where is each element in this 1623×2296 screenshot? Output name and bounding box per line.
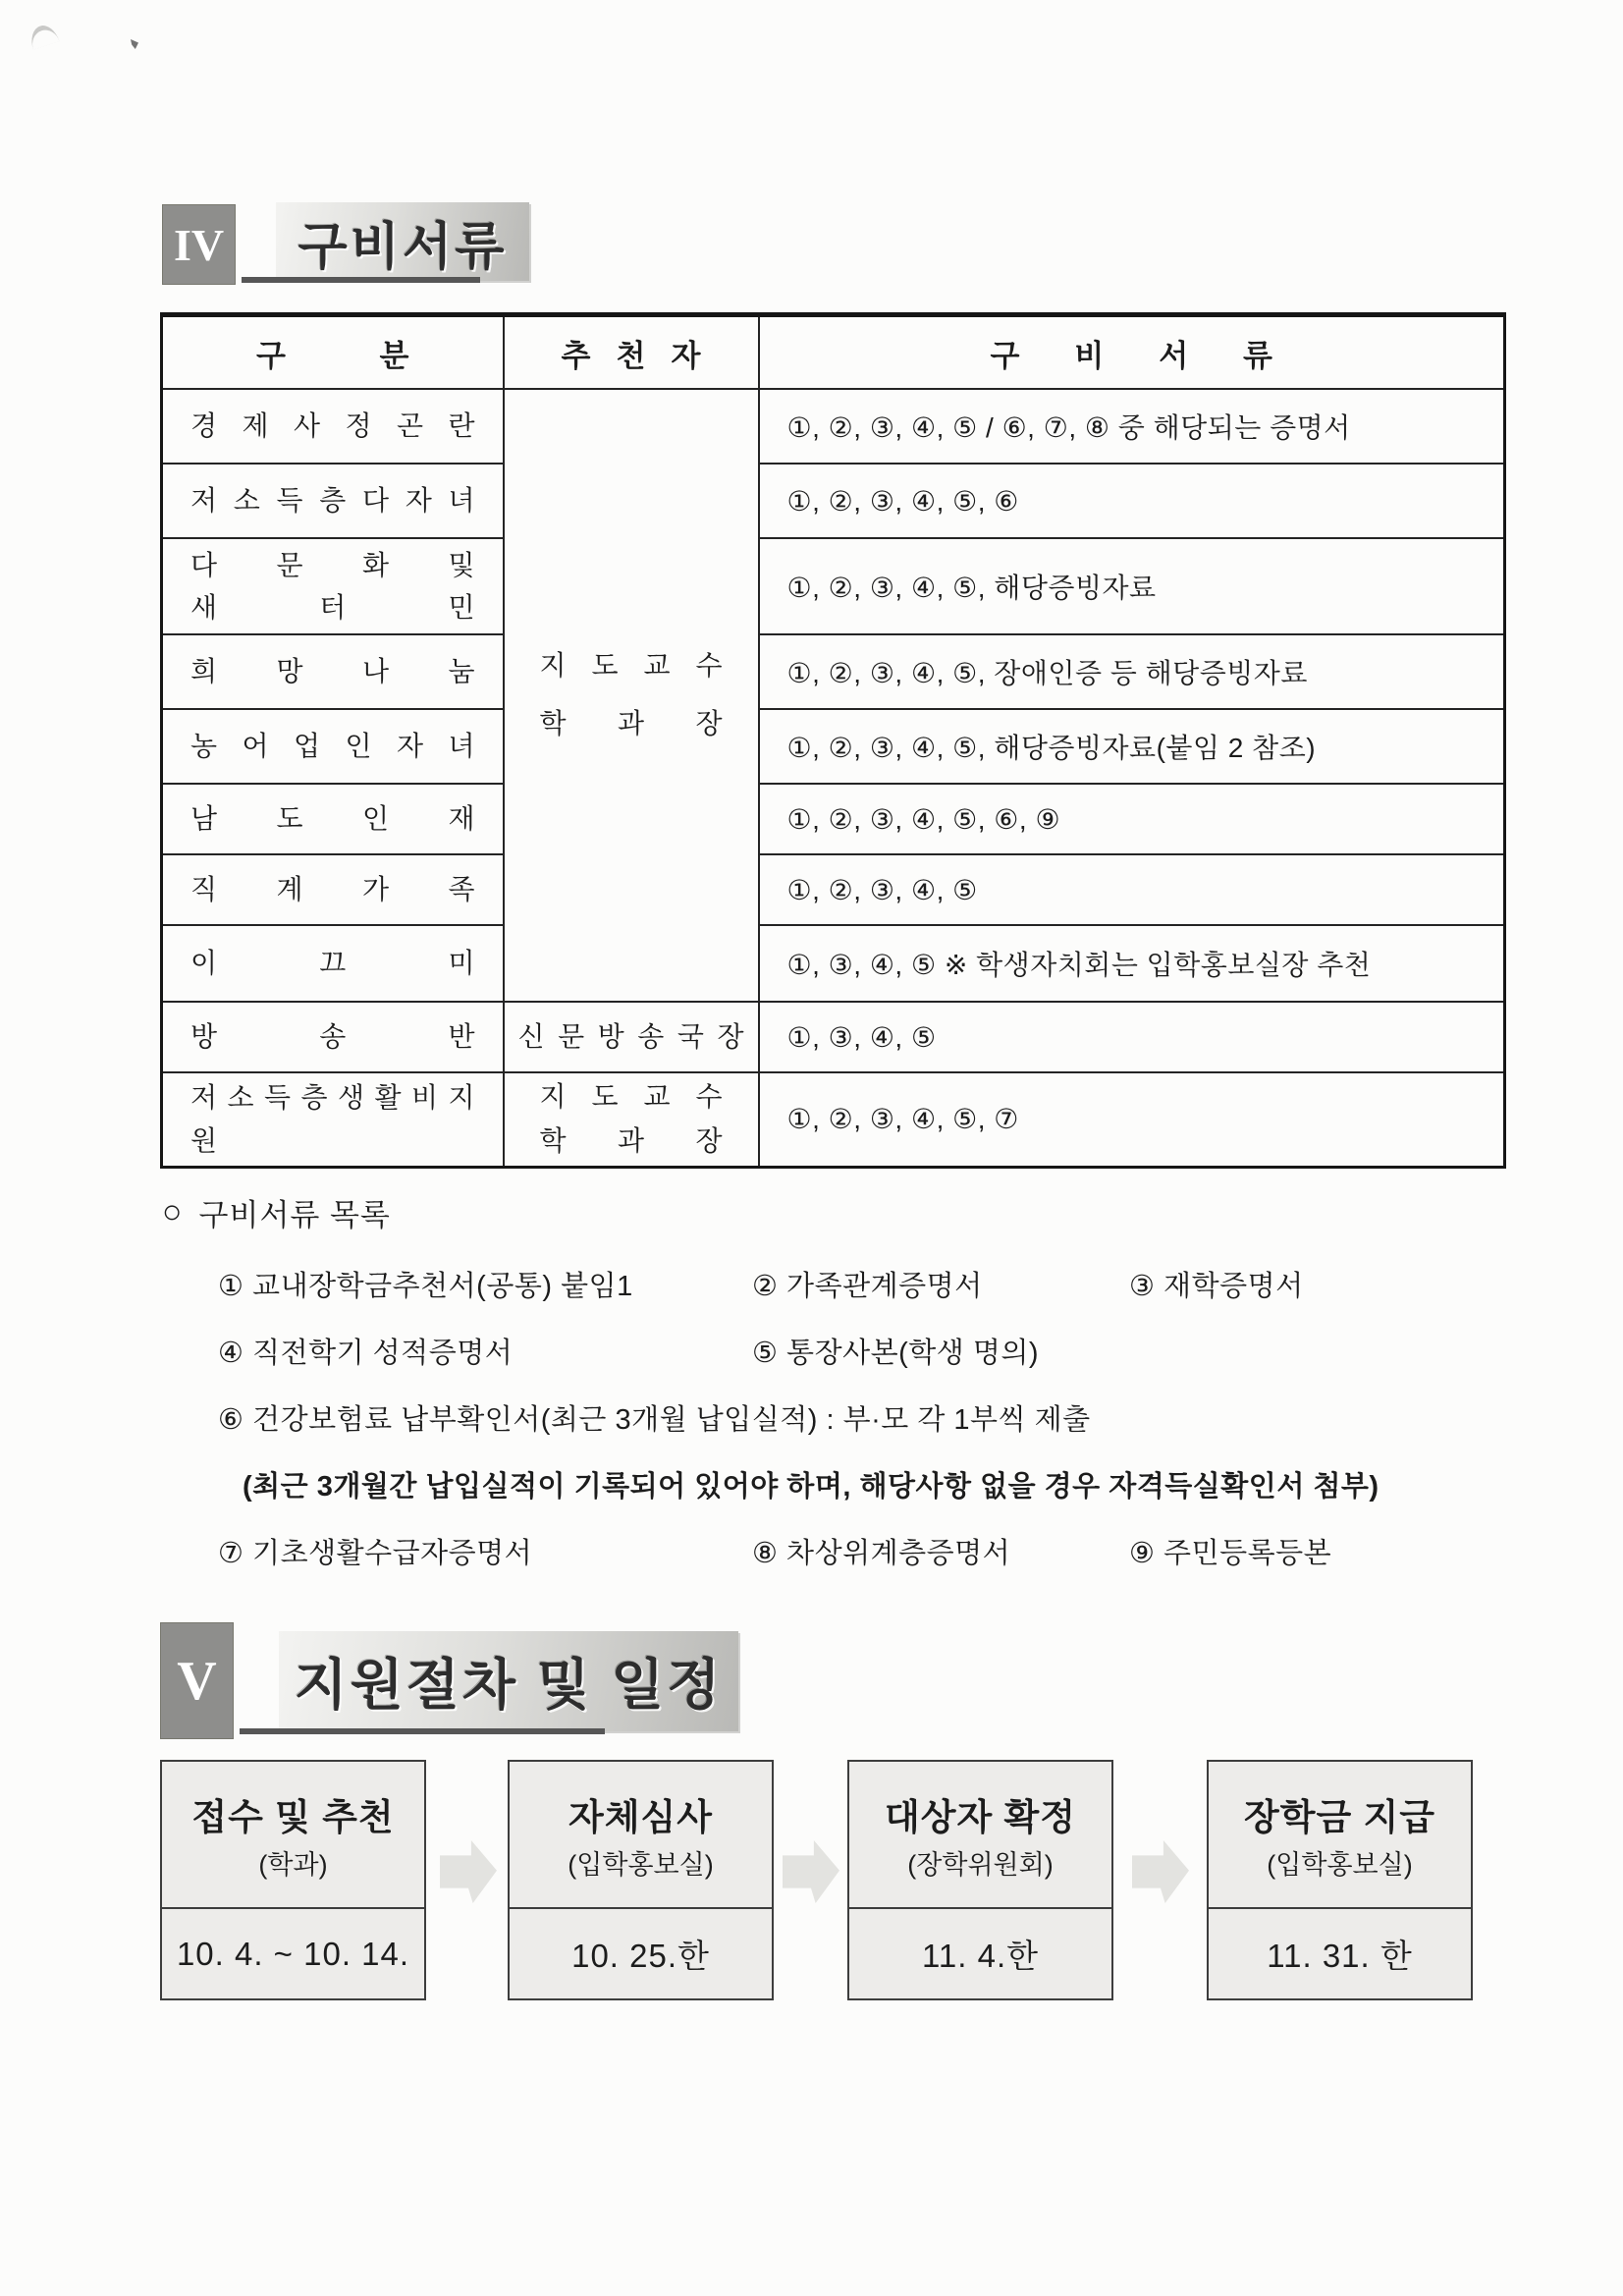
documents-cell: ①, ②, ③, ④, ⑤ / ⑥, ⑦, ⑧ 중 해당되는 증명서 [759,389,1505,464]
documents-cell: ①, ②, ③, ④, ⑤, ⑦ [759,1072,1505,1167]
document-item-2: ② 가족관계증명서 [752,1264,1129,1304]
table-row: 저 소 득 층 다 자 녀 ①, ②, ③, ④, ⑤, ⑥ [162,464,1505,538]
table-header-category: 구 분 [162,315,504,390]
flow-step-org: (입학홍보실) [568,1843,713,1882]
right-arrow-icon [440,1840,497,1903]
flow-step-1: 접수 및 추천 (학과) 10. 4. ~ 10. 14. [160,1760,426,2000]
flow-step-title: 자체심사 [568,1787,713,1840]
category-cell: 희 망 나 눔 [162,634,504,709]
table-header-recommender: 추 천 자 [504,315,759,390]
document-item-4: ④ 직전학기 성적증명서 [218,1331,752,1371]
category-cell: 남 도 인 재 [162,784,504,854]
document-item-1: ① 교내장학금추천서(공통) 붙임1 [218,1264,752,1304]
document-list-row: ⑦ 기초생활수급자증명서 ⑧ 차상위계층증명서 ⑨ 주민등록등본 [162,1531,1519,1571]
category-cell: 직 계 가 족 [162,854,504,925]
flow-step-title: 대상자 확정 [885,1787,1076,1840]
scan-artifact [27,22,59,50]
table-row: 남 도 인 재 ①, ②, ③, ④, ⑤, ⑥, ⑨ [162,784,1505,854]
document-list-title: ○ 구비서류 목록 [162,1190,1519,1234]
table-header-row: 구 분 추 천 자 구 비 서 류 [162,315,1505,390]
table-row: 저 소 득 층 생 활 비 지 원 지 도 교 수 학 과 장 ①, ②, ③,… [162,1072,1505,1167]
flow-step-3: 대상자 확정 (장학위원회) 11. 4.한 [847,1760,1113,2000]
required-documents-table: 구 분 추 천 자 구 비 서 류 경 제 사 정 곤 란 지 도 교 수 학 … [160,312,1506,1169]
circle-bullet-icon: ○ [162,1193,184,1231]
section4-title-banner: 구비서류 [276,202,529,281]
recommender-line: 학 과 장 [505,1120,758,1164]
document-list-row: ④ 직전학기 성적증명서 ⑤ 통장사본(학생 명의) [162,1331,1519,1371]
flow-step-org: (입학홍보실) [1267,1843,1412,1882]
flow-step-org: (학과) [258,1843,327,1882]
document-item-9: ⑨ 주민등록등본 [1129,1531,1331,1571]
documents-cell: ①, ②, ③, ④, ⑤, ⑥ [759,464,1505,538]
flow-step-date: 10. 25.한 [510,1909,772,1998]
table-row: 농 어 업 인 자 녀 ①, ②, ③, ④, ⑤, 해당증빙자료(붙임 2 참… [162,709,1505,784]
document-item-7: ⑦ 기초생활수급자증명서 [218,1531,752,1571]
scanned-document-page: IV 구비서류 구 분 추 천 자 구 비 서 류 경 제 사 정 곤 란 지 … [0,0,1623,2296]
table-row: 방 송 반 신 문 방 송 국 장 ①, ③, ④, ⑤ [162,1002,1505,1072]
category-cell: 경 제 사 정 곤 란 [162,389,504,464]
document-list-section: ○ 구비서류 목록 ① 교내장학금추천서(공통) 붙임1 ② 가족관계증명서 ③… [162,1190,1519,1598]
document-list-title-text: 구비서류 목록 [199,1190,391,1234]
flow-step-date: 11. 4.한 [849,1909,1111,1998]
section5-underline [240,1728,605,1734]
recommender-cell-merged: 지 도 교 수 학 과 장 [504,389,759,1002]
document-list-row: ① 교내장학금추천서(공통) 붙임1 ② 가족관계증명서 ③ 재학증명서 [162,1264,1519,1304]
recommender-line: 학 과 장 [505,695,758,753]
scan-artifact [131,39,138,49]
section4-title: 구비서류 [298,205,508,279]
document-item-3: ③ 재학증명서 [1129,1264,1304,1304]
document-item-8: ⑧ 차상위계층증명서 [752,1531,1129,1571]
documents-cell: ①, ②, ③, ④, ⑤, 해당증빙자료 [759,538,1505,634]
right-arrow-icon [1132,1840,1189,1903]
documents-cell: ①, ③, ④, ⑤ ※ 학생자치회는 입학홍보실장 추천 [759,925,1505,1002]
document-list-row: ⑥ 건강보험료 납부확인서(최근 3개월 납입실적) : 부·모 각 1부씩 제… [162,1397,1519,1438]
documents-cell: ①, ②, ③, ④, ⑤, 장애인증 등 해당증빙자료 [759,634,1505,709]
table-row: 희 망 나 눔 ①, ②, ③, ④, ⑤, 장애인증 등 해당증빙자료 [162,634,1505,709]
document-item-6-note: (최근 3개월간 납입실적이 기록되어 있어야 하며, 해당사항 없을 경우 자… [162,1464,1519,1504]
category-cell: 다 문 화 및 새 터 민 [162,538,504,634]
section5-number-badge: V [160,1622,234,1739]
right-arrow-icon [783,1840,839,1903]
section5-title: 지원절차 및 일정 [295,1642,724,1721]
documents-cell: ①, ②, ③, ④, ⑤, 해당증빙자료(붙임 2 참조) [759,709,1505,784]
flow-step-title: 장학금 지급 [1244,1787,1435,1840]
table-row: 직 계 가 족 ①, ②, ③, ④, ⑤ [162,854,1505,925]
recommender-line: 지 도 교 수 [505,1075,758,1120]
flow-step-2: 자체심사 (입학홍보실) 10. 25.한 [508,1760,774,2000]
table-row: 다 문 화 및 새 터 민 ①, ②, ③, ④, ⑤, 해당증빙자료 [162,538,1505,634]
documents-cell: ①, ②, ③, ④, ⑤, ⑥, ⑨ [759,784,1505,854]
category-cell: 농 어 업 인 자 녀 [162,709,504,784]
document-item-5: ⑤ 통장사본(학생 명의) [752,1331,1039,1371]
document-item-6: ⑥ 건강보험료 납부확인서(최근 3개월 납입실적) : 부·모 각 1부씩 제… [218,1397,1091,1438]
flow-step-org: (장학위원회) [907,1843,1053,1882]
recommender-line: 지 도 교 수 [505,637,758,695]
table-row: 이 끄 미 ①, ③, ④, ⑤ ※ 학생자치회는 입학홍보실장 추천 [162,925,1505,1002]
category-cell: 저 소 득 층 다 자 녀 [162,464,504,538]
section4-number-badge: IV [162,204,236,285]
flow-step-date: 10. 4. ~ 10. 14. [162,1909,424,1998]
process-flow: 접수 및 추천 (학과) 10. 4. ~ 10. 14. 자체심사 (입학홍보… [0,1760,1623,2003]
table-header-documents: 구 비 서 류 [759,315,1505,390]
documents-cell: ①, ②, ③, ④, ⑤ [759,854,1505,925]
documents-cell: ①, ③, ④, ⑤ [759,1002,1505,1072]
flow-step-4: 장학금 지급 (입학홍보실) 11. 31. 한 [1207,1760,1473,2000]
table-row: 경 제 사 정 곤 란 지 도 교 수 학 과 장 ①, ②, ③, ④, ⑤ … [162,389,1505,464]
category-cell: 방 송 반 [162,1002,504,1072]
recommender-cell: 지 도 교 수 학 과 장 [504,1072,759,1167]
section4-underline [242,277,480,283]
flow-step-title: 접수 및 추천 [191,1787,394,1840]
flow-step-date: 11. 31. 한 [1209,1909,1471,1998]
recommender-cell: 신 문 방 송 국 장 [504,1002,759,1072]
category-cell: 저 소 득 층 생 활 비 지 원 [162,1072,504,1167]
section5-title-banner: 지원절차 및 일정 [279,1631,738,1731]
category-cell: 이 끄 미 [162,925,504,1002]
